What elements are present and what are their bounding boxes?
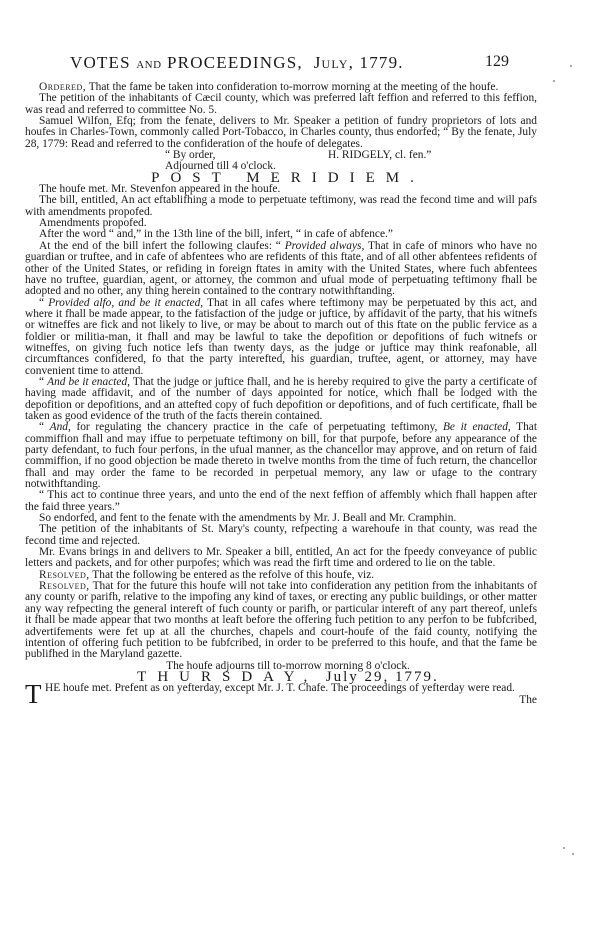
scan-speck — [570, 65, 572, 67]
resolved-paragraph-2: Resolved, That for the future this houfe… — [25, 581, 537, 660]
be-it-enacted-paragraph: “ And be it enacted, That the judge or j… — [25, 377, 537, 422]
italic-run: Provided always, — [285, 240, 365, 252]
catchword: The — [25, 695, 537, 706]
scan-speck — [572, 853, 574, 855]
wilson-petition-paragraph: Samuel Wilfon, Efq; from the fenate, del… — [25, 116, 537, 150]
thursday-text: HE houfe met. Prefent as on yefterday, e… — [45, 682, 515, 694]
italic-run: And be it enacted, — [47, 376, 130, 388]
italic-run: Be it enacted, — [443, 421, 511, 433]
text-run: “ — [39, 297, 48, 309]
text-run: That for the future this houfe will not … — [25, 580, 537, 660]
resolved-lead: Resolved, — [39, 569, 90, 581]
running-head-and: AND — [136, 59, 161, 71]
drop-cap: T — [25, 682, 42, 706]
body-text: Ordered, That the fame be taken into con… — [25, 82, 537, 706]
ordered-text: That the fame be taken into confideratio… — [86, 81, 498, 93]
provided-also-paragraph: “ Provided alfo, and be it enacted, That… — [25, 298, 537, 377]
italic-run: Provided alfo, and be it enacted, — [48, 297, 203, 309]
running-head: VOTES AND PROCEEDINGS, July, 1779. — [70, 53, 510, 73]
bill-entitled-paragraph: The bill, entitled, An act eftablifhing … — [25, 195, 537, 218]
running-head-year: 1779. — [360, 53, 404, 72]
document-page: VOTES AND PROCEEDINGS, July, 1779. 129 O… — [0, 0, 600, 951]
resolved-lead: Resolved, — [39, 580, 90, 592]
page-number: 129 — [485, 53, 509, 71]
text-run: That the following be entered as the ref… — [90, 569, 374, 581]
running-head-proceedings: PROCEEDINGS, — [167, 53, 303, 72]
text-run: “ — [39, 421, 50, 433]
scan-speck — [553, 80, 555, 82]
by-order: “ By order, — [165, 150, 215, 161]
three-years-paragraph: “ This act to continue three years, and … — [25, 490, 537, 513]
chancery-paragraph: “ And, for regulating the chancery pract… — [25, 422, 537, 490]
text-run: for regulating the chancery practice in … — [71, 421, 443, 433]
thursday-paragraph: THE houfe met. Prefent as on yefterday, … — [25, 683, 537, 694]
running-head-month: July, — [314, 53, 354, 72]
text-run: At the end of the bill infert the follow… — [39, 240, 285, 252]
italic-run: And, — [50, 421, 71, 433]
scan-speck — [563, 847, 565, 849]
clerk-signature: H. RIDGELY, cl. fen.” — [328, 150, 431, 161]
caecil-petition-paragraph: The petition of the inhabitants of Cæcil… — [25, 93, 537, 116]
running-head-votes: VOTES — [70, 53, 131, 72]
signature-line: “ By order, H. RIDGELY, cl. fen.” — [25, 150, 537, 161]
st-marys-petition-paragraph: The petition of the inhabitants of St. M… — [25, 524, 537, 547]
provided-always-paragraph: At the end of the bill infert the follow… — [25, 241, 537, 298]
evans-bill-paragraph: Mr. Evans brings in and delivers to Mr. … — [25, 547, 537, 570]
text-run: That in all cafes where teftimony may be… — [25, 297, 537, 377]
ordered-lead: Ordered, — [39, 81, 86, 93]
text-run: “ — [39, 376, 47, 388]
